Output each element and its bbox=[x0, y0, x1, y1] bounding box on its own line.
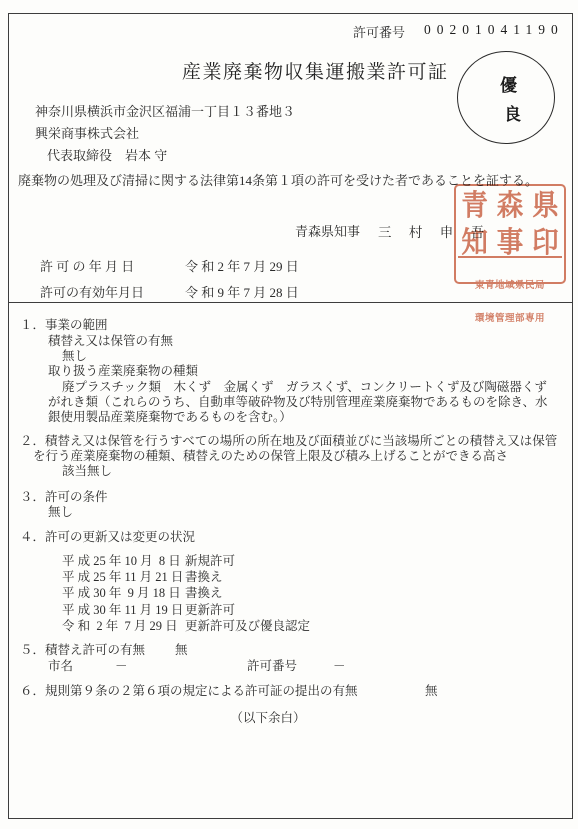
section4-heading: ４．許可の更新又は変更の状況 bbox=[20, 527, 195, 545]
seal-char: 森 bbox=[497, 189, 524, 223]
seal-department-line2: 環境管理部専用 bbox=[458, 314, 562, 325]
seal-char: 県 bbox=[532, 189, 559, 223]
company-address: 神奈川県横浜市金沢区福浦一丁目１３番地３ bbox=[35, 101, 295, 120]
seal-char: 印 bbox=[532, 226, 559, 260]
section6-value: 無 bbox=[425, 681, 438, 699]
history-action: 更新許可及び優良認定 bbox=[185, 616, 310, 634]
seal-char: 事 bbox=[497, 226, 524, 260]
document-title: 産業廃棄物収集運搬業許可証 bbox=[182, 57, 449, 84]
permit-number-label: 許可番号 bbox=[353, 22, 405, 41]
permit-date-value: 令 和 2 年 7 月 29 日 bbox=[185, 256, 299, 275]
section5-city-value: － bbox=[115, 656, 128, 674]
history-date: 平 成 25 年 10 月 8 日 bbox=[62, 554, 181, 568]
excellent-char-2: 良 bbox=[504, 100, 521, 125]
history-date: 平 成 25 年 11 月 21 日 bbox=[62, 570, 183, 584]
history-action: 書換え bbox=[185, 583, 223, 601]
excellent-rating-circle-stamp: 優 良 bbox=[457, 51, 555, 144]
section5-city-label: 市名 bbox=[48, 656, 73, 674]
expiry-date-value: 令 和 9 年 7 月 28 日 bbox=[185, 282, 299, 301]
history-row: 平 成 30 年 9 月 18 日書換え bbox=[62, 583, 181, 601]
seal-char: 青 bbox=[461, 189, 488, 223]
section2-value: 該当無し bbox=[62, 461, 112, 479]
history-date: 令 和 2 年 7 月 29 日 bbox=[62, 619, 178, 633]
history-date: 平 成 30 年 9 月 18 日 bbox=[62, 586, 181, 600]
section5-value: 無 bbox=[175, 640, 188, 658]
permit-number-value: 00201041190 bbox=[424, 22, 564, 38]
representative-name: 代表取締役 岩本 守 bbox=[47, 145, 167, 164]
section5-permit-number-value: － bbox=[333, 656, 346, 674]
seal-department-line1: 東青地域県民局 bbox=[458, 281, 562, 292]
seal-char: 知 bbox=[461, 226, 488, 260]
remainder-blank-note: （以下余白） bbox=[0, 708, 536, 726]
history-date: 平 成 30 年 11 月 19 日 bbox=[62, 603, 183, 617]
section6-text: ６．規則第９条の２第６項の規定による許可証の提出の有無 bbox=[20, 681, 358, 699]
section5-permit-number-label: 許可番号 bbox=[247, 656, 297, 674]
permit-certificate-document: 許可番号 00201041190 産業廃棄物収集運搬業許可証 優 良 神奈川県横… bbox=[0, 0, 578, 829]
governor-title: 青森県知事 bbox=[295, 221, 360, 240]
company-name: 興栄商事株式会社 bbox=[35, 123, 139, 142]
excellent-char-1: 優 bbox=[500, 71, 517, 96]
seal-department-text: 東青地域県民局 環境管理部専用 bbox=[458, 256, 562, 347]
section1-waste-types-line3: 銀使用製品産業廃棄物であるものを含む。） bbox=[48, 407, 292, 425]
seal-characters: 青 森 県 知 事 印 bbox=[457, 187, 563, 261]
official-red-seal: 青 森 県 知 事 印 東青地域県民局 環境管理部専用 bbox=[454, 184, 566, 284]
history-row: 令 和 2 年 7 月 29 日更新許可及び優良認定 bbox=[62, 616, 178, 634]
section3-value: 無し bbox=[48, 502, 73, 520]
permit-date-label: 許 可 の 年 月 日 bbox=[40, 256, 134, 275]
expiry-date-label: 許可の有効年月日 bbox=[40, 282, 144, 301]
